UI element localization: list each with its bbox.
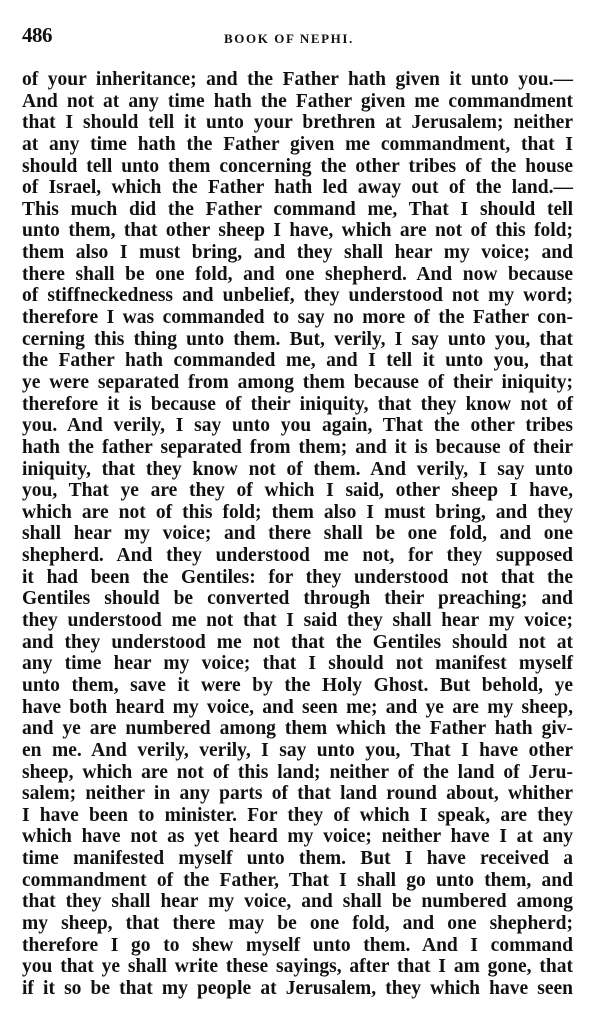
text-line: my sheep, that there may be one fold, an… xyxy=(22,913,573,935)
text-line: any time hear my voice; that I should no… xyxy=(22,653,573,675)
text-line: there shall be one fold, and one shepher… xyxy=(22,264,573,286)
text-line: you, That ye are they of which I said, o… xyxy=(22,480,573,502)
text-line: and ye are numbered among them which the… xyxy=(22,718,573,740)
text-line: you. And verily, I say unto you again, T… xyxy=(22,415,573,437)
text-line: of Israel, which the Father hath led awa… xyxy=(22,177,573,199)
text-line: the Father hath commanded me, and I tell… xyxy=(22,350,573,372)
text-line: you that ye shall write these sayings, a… xyxy=(22,956,573,978)
text-line: And not at any time hath the Father give… xyxy=(22,91,573,113)
text-line: ye were separated from among them becaus… xyxy=(22,372,573,394)
text-line: at any time hath the Father given me com… xyxy=(22,134,573,156)
text-line: commandment of the Father, That I shall … xyxy=(22,870,573,892)
text-line: have both heard my voice, and seen me; a… xyxy=(22,697,573,719)
text-line: hath the father separated from them; and… xyxy=(22,437,573,459)
text-line: This much did the Father command me, Tha… xyxy=(22,199,573,221)
text-line: I have been to minister. For they of whi… xyxy=(22,805,573,827)
text-line: it had been the Gentiles: for they under… xyxy=(22,567,573,589)
text-line: iniquity, that they know not of them. An… xyxy=(22,459,573,481)
text-line: shall hear my voice; and there shall be … xyxy=(22,523,573,545)
text-line: which are not of this fold; them also I … xyxy=(22,502,573,524)
text-line: Gentiles should be converted through the… xyxy=(22,588,573,610)
text-line: therefore I was commanded to say no more… xyxy=(22,307,573,329)
text-line: therefore I go to shew myself unto them.… xyxy=(22,935,573,957)
text-line: salem; neither in any parts of that land… xyxy=(22,783,573,805)
running-head: BOOK OF NEPHI. xyxy=(224,31,354,47)
text-line: which have not as yet heard my voice; ne… xyxy=(22,826,573,848)
text-line: time manifested myself unto them. But I … xyxy=(22,848,573,870)
text-line: that I should tell it unto your brethren… xyxy=(22,112,573,134)
text-line: them also I must bring, and they shall h… xyxy=(22,242,573,264)
text-line: if it so be that my people at Jerusalem,… xyxy=(22,978,573,1000)
text-line: en me. And verily, verily, I say unto yo… xyxy=(22,740,573,762)
page-number: 486 xyxy=(22,24,52,46)
text-line: shepherd. And they understood me not, fo… xyxy=(22,545,573,567)
text-line: unto them, save it were by the Holy Ghos… xyxy=(22,675,573,697)
text-line: should tell unto them concerning the oth… xyxy=(22,156,573,178)
text-line: and they understood me not that the Gent… xyxy=(22,632,573,654)
text-line: of stiffneckedness and unbelief, they un… xyxy=(22,285,573,307)
text-line: of your inheritance; and the Father hath… xyxy=(22,69,573,91)
text-line: unto them, that other sheep I have, whic… xyxy=(22,220,573,242)
text-line: they understood me not that I said they … xyxy=(22,610,573,632)
text-line: cerning this thing unto them. But, veril… xyxy=(22,329,573,351)
text-line: that they shall hear my voice, and shall… xyxy=(22,891,573,913)
body-text: of your inheritance; and the Father hath… xyxy=(22,69,573,1000)
text-line: therefore it is because of their iniquit… xyxy=(22,394,573,416)
text-line: sheep, which are not of this land; neith… xyxy=(22,762,573,784)
